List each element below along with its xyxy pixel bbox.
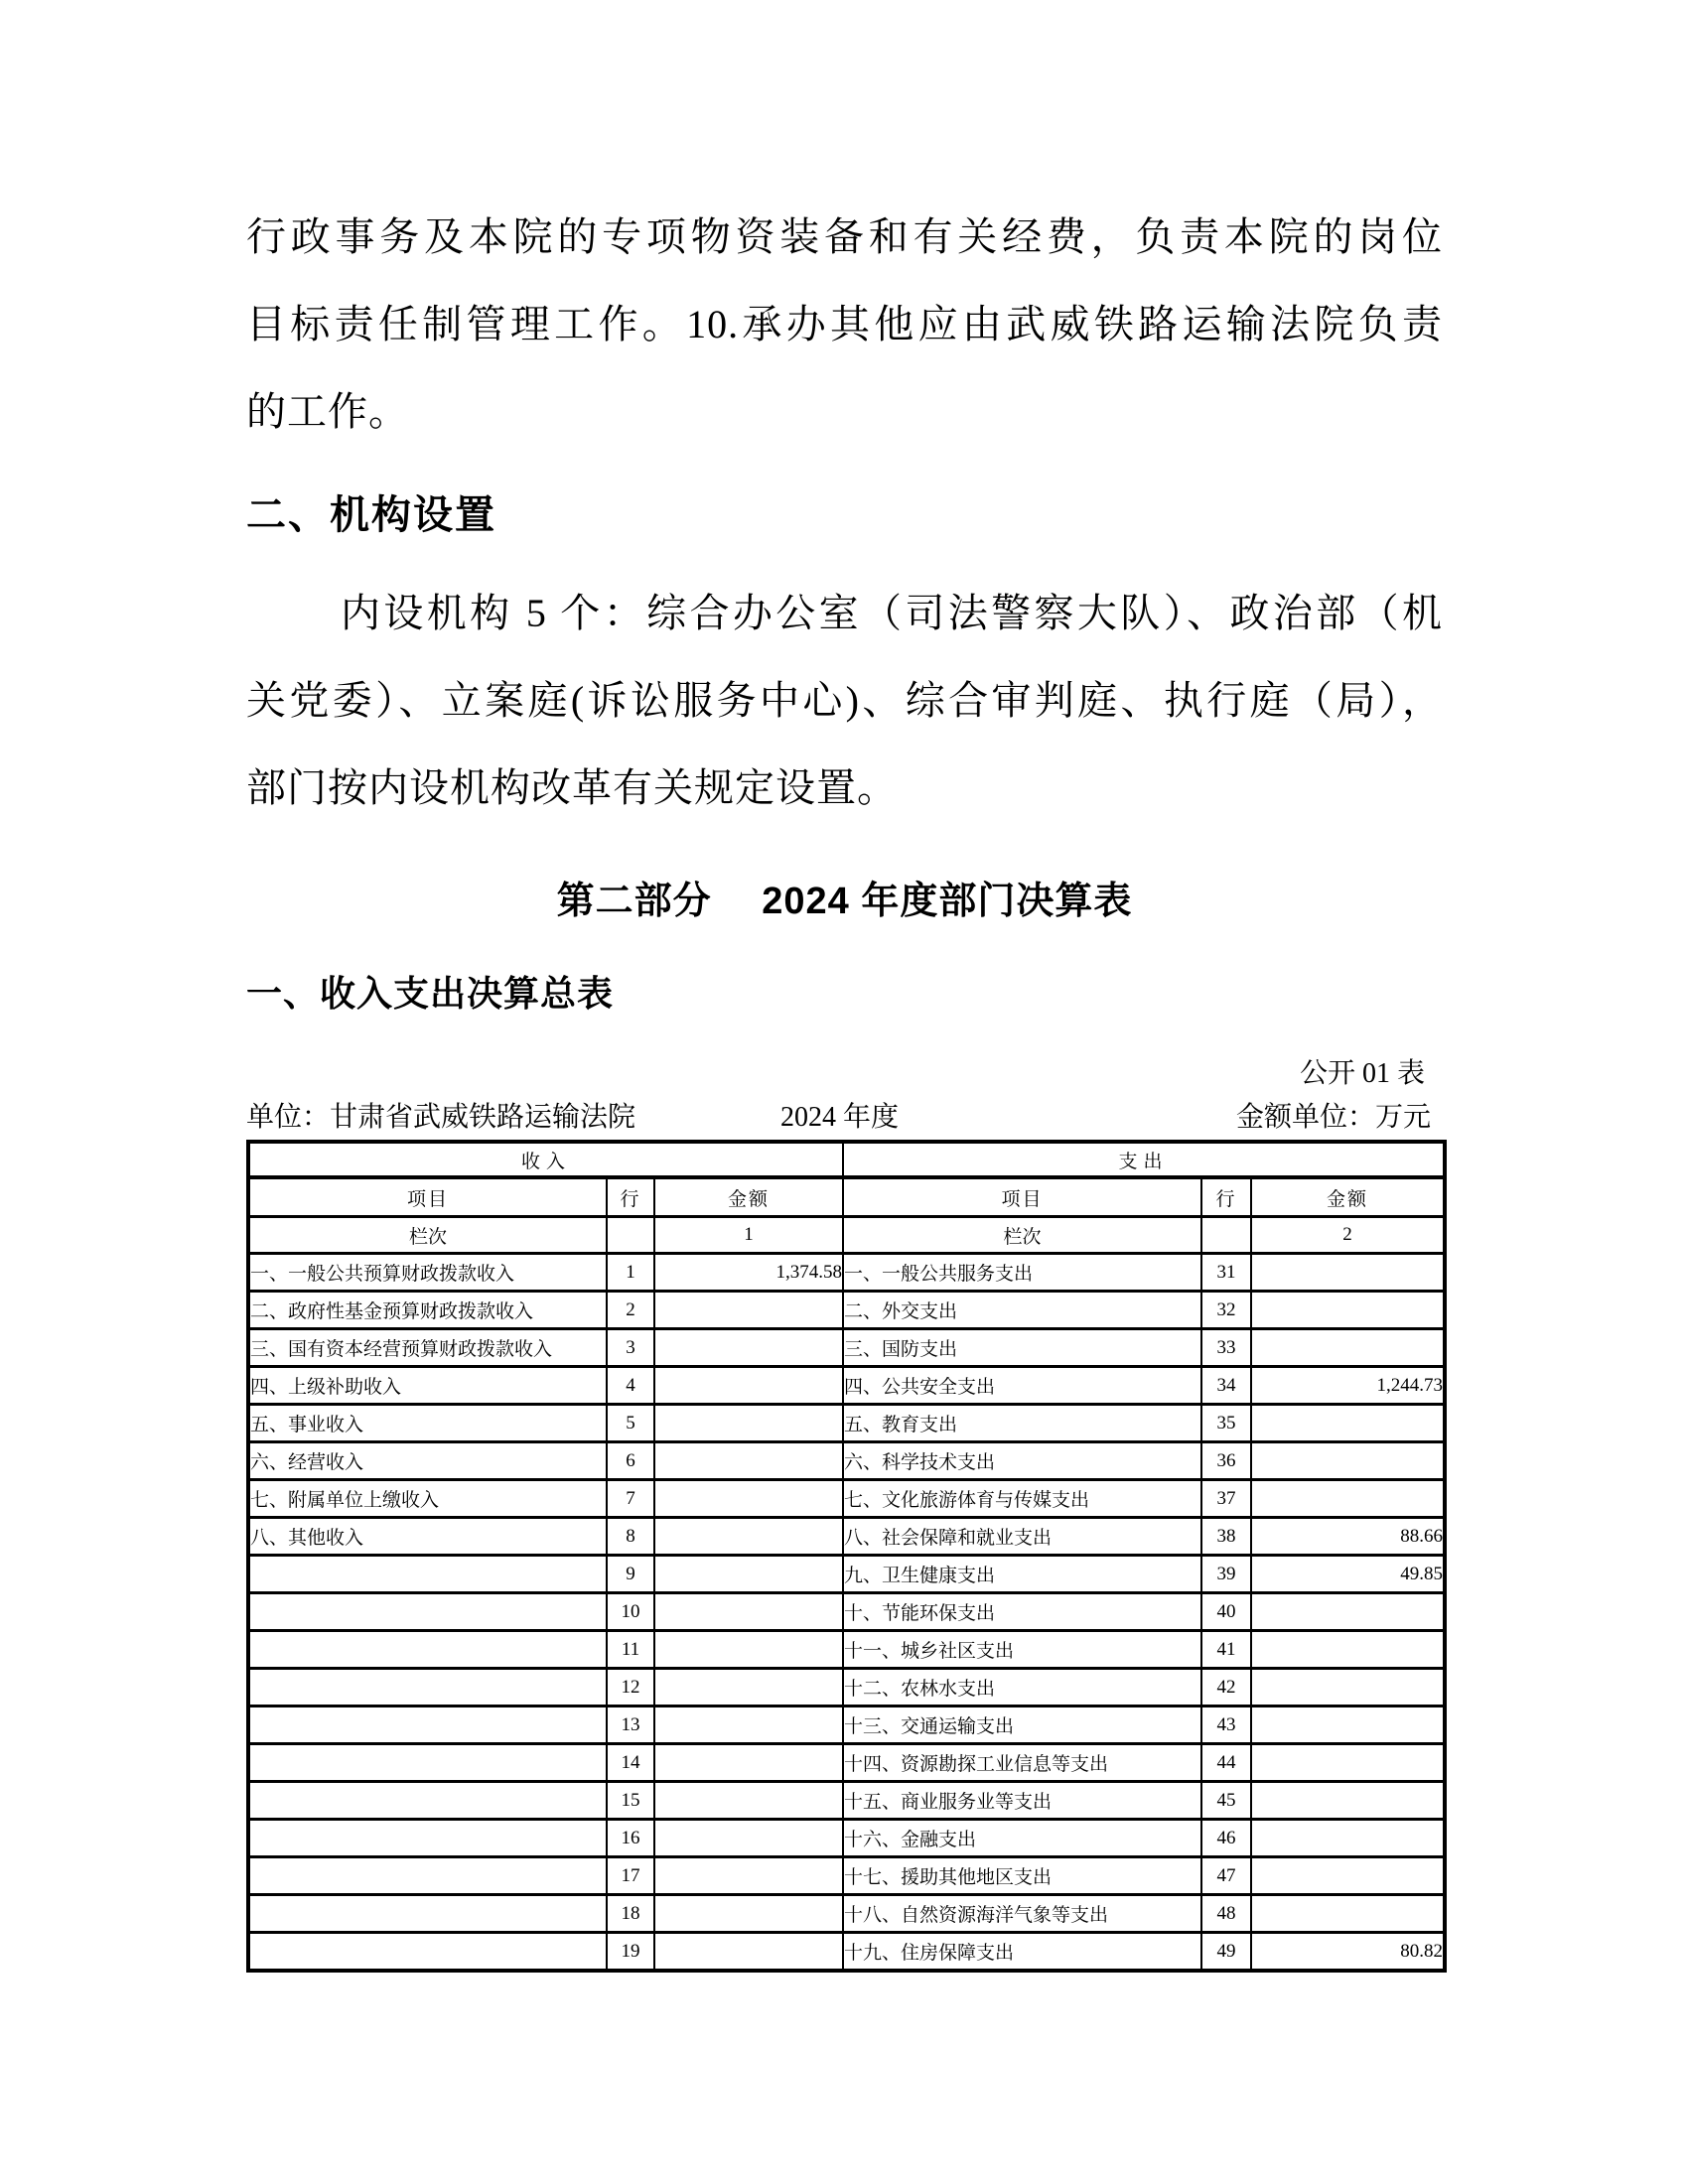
income-rowno-cell: 3	[607, 1329, 654, 1367]
expense-item-cell: 十六、金融支出	[843, 1820, 1201, 1857]
income-amount-cell	[654, 1367, 843, 1405]
expense-amount-cell: 80.82	[1251, 1933, 1445, 1972]
expense-item-cell: 一、一般公共服务支出	[843, 1254, 1201, 1292]
income-item-cell: 二、政府性基金预算财政拨款收入	[248, 1292, 607, 1329]
table-row: 14十四、资源勘探工业信息等支出44	[248, 1744, 1445, 1782]
expense-item-cell: 五、教育支出	[843, 1405, 1201, 1442]
income-rowno-cell: 11	[607, 1631, 654, 1669]
fiscal-year: 2024 年度	[780, 1102, 899, 1134]
expense-rowno-cell: 43	[1201, 1706, 1251, 1744]
income-rowno-cell: 15	[607, 1782, 654, 1820]
income-amount-cell: 1,374.58	[654, 1254, 843, 1292]
table-row: 六、经营收入6六、科学技术支出36	[248, 1442, 1445, 1480]
expense-item-cell: 十二、农林水支出	[843, 1669, 1201, 1706]
expense-amount-cell	[1251, 1744, 1445, 1782]
income-amount-cell	[654, 1744, 843, 1782]
income-item-cell	[248, 1820, 607, 1857]
expense-item-cell: 十、节能环保支出	[843, 1593, 1201, 1631]
income-amount-cell	[654, 1292, 843, 1329]
table-section-heading: 一、收入支出决算总表	[246, 974, 1443, 1014]
income-rowno-cell: 13	[607, 1706, 654, 1744]
public-table-number: 公开 01 表	[246, 1058, 1443, 1090]
paragraph-line: 关党委）、立案庭(诉讼服务中心)、综合审判庭、执行庭（局），	[246, 657, 1443, 745]
income-item-cell	[248, 1744, 607, 1782]
expense-amount-cell	[1251, 1254, 1445, 1292]
amount-unit: 金额单位：万元	[1236, 1102, 1431, 1134]
table-row: 18十八、自然资源海洋气象等支出48	[248, 1895, 1445, 1933]
income-rowno-cell: 7	[607, 1480, 654, 1518]
expense-rowno-cell: 44	[1201, 1744, 1251, 1782]
table-row: 四、上级补助收入4四、公共安全支出341,244.73	[248, 1367, 1445, 1405]
expense-rowno-cell: 37	[1201, 1480, 1251, 1518]
table-row: 二、政府性基金预算财政拨款收入2二、外交支出32	[248, 1292, 1445, 1329]
expense-rowno-header: 行	[1201, 1177, 1251, 1217]
income-item-cell	[248, 1933, 607, 1972]
table-row: 11十一、城乡社区支出41	[248, 1631, 1445, 1669]
income-rowno-cell: 1	[607, 1254, 654, 1292]
expense-lanci-label: 栏次	[843, 1217, 1201, 1254]
income-rowno-cell: 18	[607, 1895, 654, 1933]
income-rowno-cell: 10	[607, 1593, 654, 1631]
income-amount-cell	[654, 1820, 843, 1857]
table-column-header-row: 项目 行 金额 项目 行 金额	[248, 1177, 1445, 1217]
expense-item-cell: 十三、交通运输支出	[843, 1706, 1201, 1744]
expense-amount-cell	[1251, 1480, 1445, 1518]
income-amount-cell	[654, 1405, 843, 1442]
expense-amount-cell: 49.85	[1251, 1556, 1445, 1593]
expense-rowno-cell: 40	[1201, 1593, 1251, 1631]
income-item-cell: 五、事业收入	[248, 1405, 607, 1442]
income-item-cell: 六、经营收入	[248, 1442, 607, 1480]
income-expense-summary-table: 收入 支出 项目 行 金额 项目 行 金额 栏次 1 栏次 2 一、一般公共预算…	[246, 1140, 1447, 1973]
table-row: 五、事业收入5五、教育支出35	[248, 1405, 1445, 1442]
expense-amount-cell	[1251, 1292, 1445, 1329]
income-rowno-cell: 2	[607, 1292, 654, 1329]
paragraph-continued: 行政事务及本院的专项物资装备和有关经费，负责本院的岗位 目标责任制管理工作。10…	[246, 194, 1443, 456]
expense-amount-cell	[1251, 1669, 1445, 1706]
expense-item-cell: 四、公共安全支出	[843, 1367, 1201, 1405]
expense-rowno-cell: 45	[1201, 1782, 1251, 1820]
income-group-header: 收入	[248, 1142, 843, 1177]
income-rowno-cell: 6	[607, 1442, 654, 1480]
expense-item-cell: 十七、援助其他地区支出	[843, 1857, 1201, 1895]
expense-amount-header: 金额	[1251, 1177, 1445, 1217]
expense-amount-cell: 1,244.73	[1251, 1367, 1445, 1405]
income-amount-cell	[654, 1895, 843, 1933]
expense-item-cell: 三、国防支出	[843, 1329, 1201, 1367]
income-amount-cell	[654, 1518, 843, 1556]
expense-item-cell: 十四、资源勘探工业信息等支出	[843, 1744, 1201, 1782]
paragraph-organization: 内设机构 5 个：综合办公室（司法警察大队）、政治部（机 关党委）、立案庭(诉讼…	[246, 570, 1443, 832]
income-amount-cell	[654, 1329, 843, 1367]
income-rowno-cell: 4	[607, 1367, 654, 1405]
income-item-cell	[248, 1857, 607, 1895]
table-row: 一、一般公共预算财政拨款收入11,374.58一、一般公共服务支出31	[248, 1254, 1445, 1292]
income-amount-cell	[654, 1556, 843, 1593]
expense-item-cell: 九、卫生健康支出	[843, 1556, 1201, 1593]
table-meta-line: 单位：甘肃省武威铁路运输法院 2024 年度 金额单位：万元	[246, 1102, 1443, 1134]
income-amount-cell	[654, 1442, 843, 1480]
table-row: 16十六、金融支出46	[248, 1820, 1445, 1857]
expense-item-cell: 十一、城乡社区支出	[843, 1631, 1201, 1669]
income-item-cell: 一、一般公共预算财政拨款收入	[248, 1254, 607, 1292]
income-item-cell	[248, 1706, 607, 1744]
income-rowno-cell: 9	[607, 1556, 654, 1593]
table-row: 17十七、援助其他地区支出47	[248, 1857, 1445, 1895]
paragraph-line: 部门按内设机构改革有关规定设置。	[246, 745, 1443, 832]
expense-rowno-cell: 48	[1201, 1895, 1251, 1933]
expense-amount-cell: 88.66	[1251, 1518, 1445, 1556]
income-rowno-cell: 19	[607, 1933, 654, 1972]
expense-rowno-cell: 46	[1201, 1820, 1251, 1857]
expense-amount-cell	[1251, 1329, 1445, 1367]
expense-rowno-cell: 38	[1201, 1518, 1251, 1556]
part2-heading: 第二部分 2024 年度部门决算表	[246, 880, 1443, 923]
empty-cell	[607, 1217, 654, 1254]
income-amount-cell	[654, 1782, 843, 1820]
expense-amount-cell	[1251, 1706, 1445, 1744]
empty-cell	[1201, 1217, 1251, 1254]
table-row: 19十九、住房保障支出4980.82	[248, 1933, 1445, 1972]
expense-item-cell: 十八、自然资源海洋气象等支出	[843, 1895, 1201, 1933]
unit-label: 单位：甘肃省武威铁路运输法院	[246, 1102, 635, 1134]
expense-item-cell: 七、文化旅游体育与传媒支出	[843, 1480, 1201, 1518]
table-row: 13十三、交通运输支出43	[248, 1706, 1445, 1744]
expense-amount-cell	[1251, 1895, 1445, 1933]
income-amount-cell	[654, 1933, 843, 1972]
expense-item-cell: 六、科学技术支出	[843, 1442, 1201, 1480]
table-row: 9九、卫生健康支出3949.85	[248, 1556, 1445, 1593]
income-amount-cell	[654, 1480, 843, 1518]
expense-amount-cell	[1251, 1820, 1445, 1857]
document-page: { "doc": { "para1_lines": [ "行政事务及本院的专项物…	[0, 0, 1688, 2184]
expense-amount-cell	[1251, 1593, 1445, 1631]
expense-item-cell: 十九、住房保障支出	[843, 1933, 1201, 1972]
paragraph-line: 目标责任制管理工作。10.承办其他应由武威铁路运输法院负责	[246, 281, 1443, 368]
income-amount-cell	[654, 1669, 843, 1706]
income-rowno-cell: 17	[607, 1857, 654, 1895]
expense-group-header: 支出	[843, 1142, 1445, 1177]
income-rowno-header: 行	[607, 1177, 654, 1217]
income-lanci-label: 栏次	[248, 1217, 607, 1254]
income-item-cell: 七、附属单位上缴收入	[248, 1480, 607, 1518]
expense-rowno-cell: 35	[1201, 1405, 1251, 1442]
income-rowno-cell: 16	[607, 1820, 654, 1857]
income-item-cell	[248, 1669, 607, 1706]
income-amount-cell	[654, 1593, 843, 1631]
expense-amount-cell	[1251, 1631, 1445, 1669]
income-column-number: 1	[654, 1217, 843, 1254]
expense-amount-cell	[1251, 1782, 1445, 1820]
table-body: 一、一般公共预算财政拨款收入11,374.58一、一般公共服务支出31二、政府性…	[248, 1254, 1445, 1972]
income-amount-header: 金额	[654, 1177, 843, 1217]
income-rowno-cell: 8	[607, 1518, 654, 1556]
expense-item-cell: 十五、商业服务业等支出	[843, 1782, 1201, 1820]
income-rowno-cell: 12	[607, 1669, 654, 1706]
income-rowno-cell: 5	[607, 1405, 654, 1442]
paragraph-line: 的工作。	[246, 368, 1443, 456]
paragraph-line: 内设机构 5 个：综合办公室（司法警察大队）、政治部（机	[246, 570, 1443, 657]
table-row: 15十五、商业服务业等支出45	[248, 1782, 1445, 1820]
expense-rowno-cell: 31	[1201, 1254, 1251, 1292]
expense-rowno-cell: 49	[1201, 1933, 1251, 1972]
expense-column-number: 2	[1251, 1217, 1445, 1254]
income-amount-cell	[654, 1706, 843, 1744]
income-item-cell: 三、国有资本经营预算财政拨款收入	[248, 1329, 607, 1367]
table-group-header-row: 收入 支出	[248, 1142, 1445, 1177]
income-item-cell	[248, 1782, 607, 1820]
income-rowno-cell: 14	[607, 1744, 654, 1782]
expense-rowno-cell: 36	[1201, 1442, 1251, 1480]
expense-item-header: 项目	[843, 1177, 1201, 1217]
table-row: 八、其他收入8八、社会保障和就业支出3888.66	[248, 1518, 1445, 1556]
page-content: 行政事务及本院的专项物资装备和有关经费，负责本院的岗位 目标责任制管理工作。10…	[246, 0, 1443, 1973]
table-row: 10十、节能环保支出40	[248, 1593, 1445, 1631]
income-item-cell	[248, 1895, 607, 1933]
table-row: 七、附属单位上缴收入7七、文化旅游体育与传媒支出37	[248, 1480, 1445, 1518]
expense-item-cell: 八、社会保障和就业支出	[843, 1518, 1201, 1556]
income-amount-cell	[654, 1857, 843, 1895]
expense-item-cell: 二、外交支出	[843, 1292, 1201, 1329]
expense-rowno-cell: 32	[1201, 1292, 1251, 1329]
expense-rowno-cell: 39	[1201, 1556, 1251, 1593]
income-item-cell: 四、上级补助收入	[248, 1367, 607, 1405]
income-item-cell	[248, 1631, 607, 1669]
expense-rowno-cell: 47	[1201, 1857, 1251, 1895]
income-amount-cell	[654, 1631, 843, 1669]
income-item-header: 项目	[248, 1177, 607, 1217]
expense-amount-cell	[1251, 1442, 1445, 1480]
income-item-cell	[248, 1593, 607, 1631]
expense-amount-cell	[1251, 1405, 1445, 1442]
expense-rowno-cell: 34	[1201, 1367, 1251, 1405]
table-row: 三、国有资本经营预算财政拨款收入3三、国防支出33	[248, 1329, 1445, 1367]
expense-rowno-cell: 42	[1201, 1669, 1251, 1706]
section-heading-organization: 二、机构设置	[246, 493, 1443, 537]
income-item-cell: 八、其他收入	[248, 1518, 607, 1556]
expense-rowno-cell: 41	[1201, 1631, 1251, 1669]
paragraph-line: 行政事务及本院的专项物资装备和有关经费，负责本院的岗位	[246, 194, 1443, 281]
column-index-row: 栏次 1 栏次 2	[248, 1217, 1445, 1254]
income-item-cell	[248, 1556, 607, 1593]
expense-amount-cell	[1251, 1857, 1445, 1895]
table-row: 12十二、农林水支出42	[248, 1669, 1445, 1706]
expense-rowno-cell: 33	[1201, 1329, 1251, 1367]
